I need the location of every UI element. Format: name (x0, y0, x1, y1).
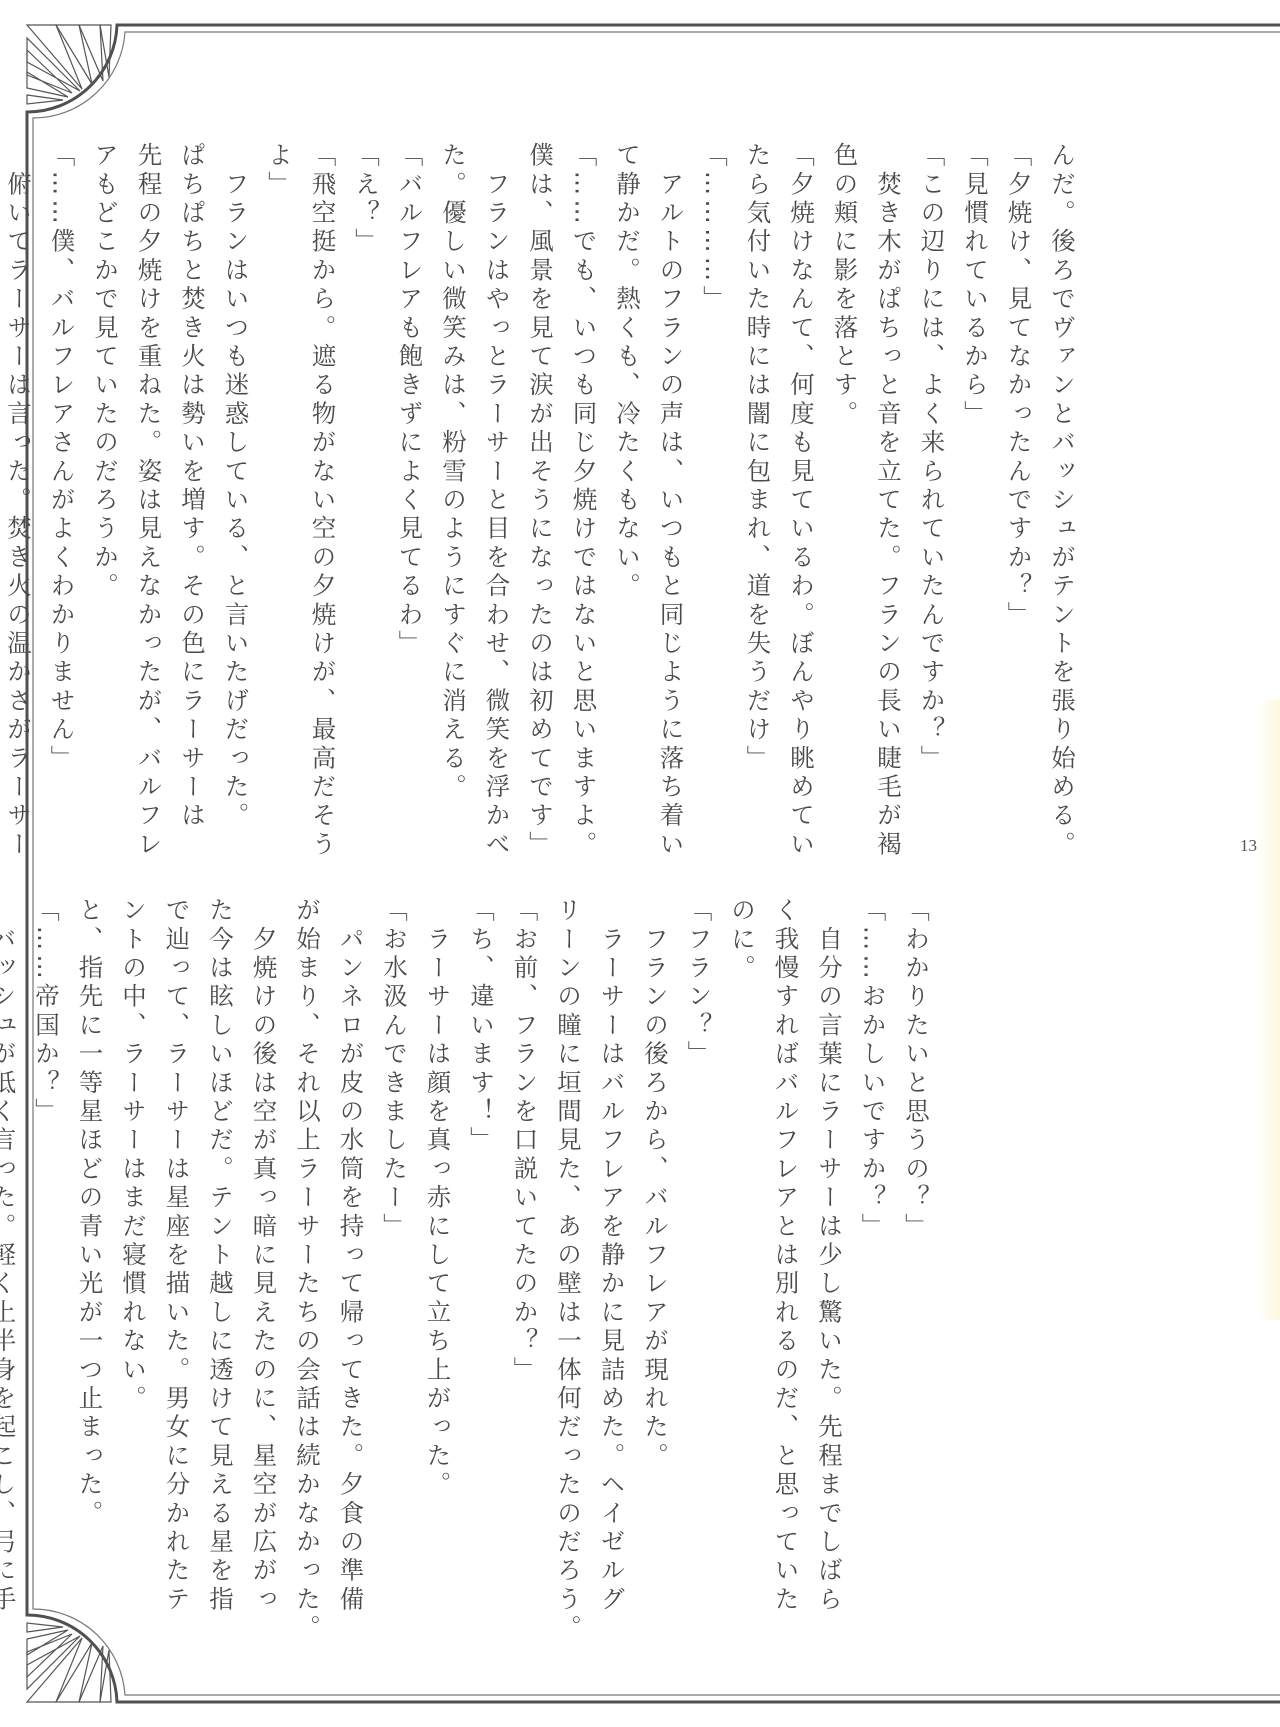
paper-edge-tint (1258, 700, 1280, 1320)
corner-ornament-top-left (27, 25, 111, 104)
text-line: 「飛空挺から。遮る物がない空の夕焼けが、最高だそう (301, 142, 345, 822)
text-line: 「……帝国か？」 (25, 897, 69, 1517)
text-line: 「夕焼けなんて、何度も見ているわ。ぼんやり眺めてい (780, 142, 824, 822)
text-line: く我慢すればバルフレアとは別れるのだ、と思っていた (764, 897, 808, 1517)
text-line: が始まり、それ以上ラーサーたちの会話は続かなかった。 (286, 897, 330, 1517)
text-line: フランはやっとラーサーと目を合わせ、微笑を浮かべ (475, 142, 519, 822)
text-line: よ」 (258, 142, 302, 822)
body-text-bottom-block: 「わかりたいと思うの？」 「……おかしいですか？」 自分の言葉にラーサーは少し驚… (0, 897, 938, 1517)
text-line: ラーサーはバルフレアを静かに見詰めた。ヘイゼルグ (590, 897, 634, 1517)
text-line: と、指先に一等星ほどの青い光が一つ止まった。 (68, 897, 112, 1517)
text-line: 「フラン？」 (677, 897, 721, 1517)
page-number: 13 (1240, 836, 1257, 856)
text-line: フランの後ろから、バルフレアが現れた。 (634, 897, 678, 1517)
text-line: 「バルフレアも飽きずによく見てるわ」 (388, 142, 432, 822)
text-line: ラーサーは顔を真っ赤にして立ち上がった。 (416, 897, 460, 1517)
text-line: 「……おかしいですか？」 (851, 897, 895, 1517)
text-line: 「……僕、バルフレアさんがよくわかりません」 (40, 142, 84, 822)
text-line: 「…………」 (693, 142, 737, 822)
text-line: 「夕焼け、見てなかったんですか？」 (997, 142, 1041, 822)
text-line: 「見慣れているから」 (954, 142, 998, 822)
text-line: んだ。後ろでヴァンとバッシュがテントを張り始める。 (1041, 142, 1085, 822)
text-line: 僕は、風景を見て涙が出そうになったのは初めてです」 (519, 142, 563, 822)
text-line: 「お前、フランを口説いてたのか？」 (503, 897, 547, 1517)
corner-ornament-bottom-left (27, 1623, 111, 1702)
text-line: 「ち、違います！」 (460, 897, 504, 1517)
text-line: ントの中、ラーサーはまだ寝慣れない。 (112, 897, 156, 1517)
text-line: アもどこかで見ていたのだろうか。 (84, 142, 128, 822)
text-line: パンネロが皮の水筒を持って帰ってきた。夕食の準備 (329, 897, 373, 1517)
text-line: 俯いてラーサーは言った。焚き火の温かさがラーサー (0, 142, 40, 822)
text-line: 夕焼けの後は空が真っ暗に見えたのに、星空が広がっ (242, 897, 286, 1517)
text-line: リーンの瞳に垣間見た、あの壁は一体何だったのだろう。 (547, 897, 591, 1517)
body-text-top-block: んだ。後ろでヴァンとバッシュがテントを張り始める。 「夕焼け、見てなかったんです… (0, 142, 1084, 822)
text-line: 「この辺りには、よく来られていたんですか？」 (910, 142, 954, 822)
text-line: 色の頬に影を落とす。 (823, 142, 867, 822)
text-line: たら気付いた時には闇に包まれ、道を失うだけ」 (736, 142, 780, 822)
text-line: で辿って、ラーサーは星座を描いた。男女に分かれたテ (155, 897, 199, 1517)
text-line: アルトのフランの声は、いつもと同じように落ち着い (649, 142, 693, 822)
text-line: た。優しい微笑みは、粉雪のようにすぐに消える。 (432, 142, 476, 822)
text-line: 「わかりたいと思うの？」 (895, 897, 939, 1517)
text-line: フランはいつも迷惑している、と言いたげだった。 (214, 142, 258, 822)
text-line: て静かだ。熱くも、冷たくもない。 (606, 142, 650, 822)
text-line: 「え？」 (345, 142, 389, 822)
text-line: 先程の夕焼けを重ねた。姿は見えなかったが、バルフレ (127, 142, 171, 822)
text-line: た今は眩しいほどだ。テント越しに透けて見える星を指 (199, 897, 243, 1517)
text-line: 焚き木がぱちっと音を立てた。フランの長い睫毛が褐 (867, 142, 911, 822)
text-line: のに。 (721, 897, 765, 1517)
text-line: 「お水汲んできましたー」 (373, 897, 417, 1517)
text-line: 「……でも、いつも同じ夕焼けではないと思いますよ。 (562, 142, 606, 822)
text-line: バッシュが低く言った。軽く上半身を起こし、弓に手 (0, 897, 25, 1517)
text-line: ぱちぱちと焚き火は勢いを増す。その色にラーサーは (171, 142, 215, 822)
text-line: 自分の言葉にラーサーは少し驚いた。先程までしばら (808, 897, 852, 1517)
